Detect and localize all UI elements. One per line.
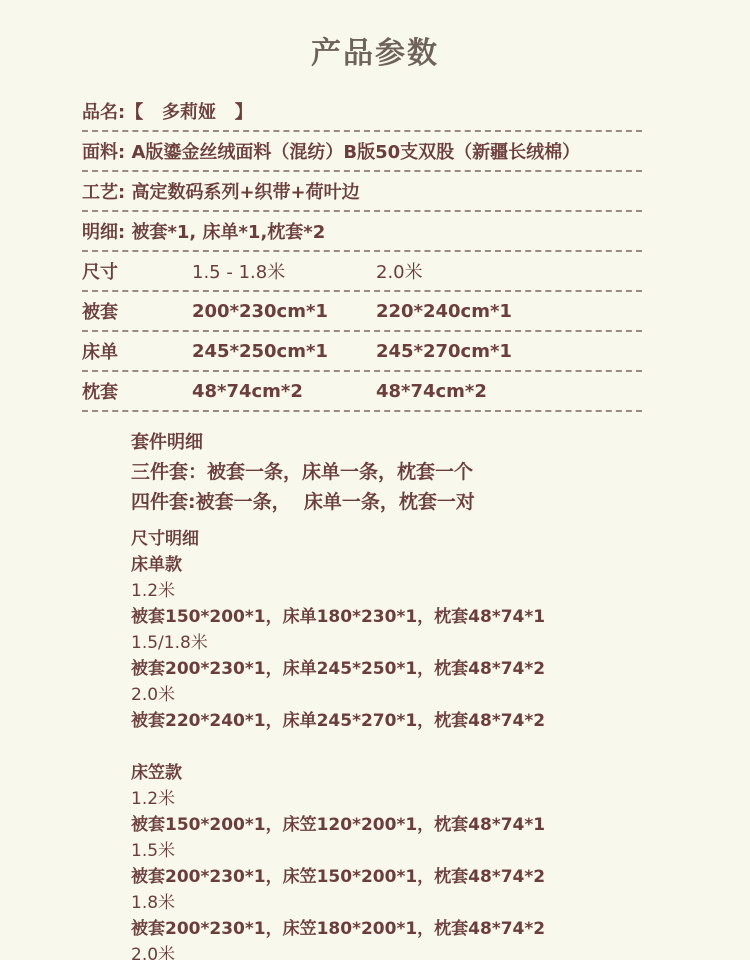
page-title: 产品参数 [0, 28, 750, 72]
size-details: 尺寸明细 床单款 1.2米 被套150*200*1，床单180*230*1，枕套… [131, 526, 545, 960]
size-row-col1: 245*250cm*1 [192, 341, 376, 362]
four-piece-set: 四件套:被套一条， 床单一条，枕套一对 [131, 487, 475, 517]
size-spec: 被套150*200*1，床单180*230*1，枕套48*74*1 [131, 604, 545, 630]
param-label: 工艺: [82, 178, 125, 204]
three-piece-set: 三件套：被套一条，床单一条，枕套一个 [131, 457, 475, 487]
sheet-style-heading: 床单款 [131, 552, 545, 578]
size-spec: 被套200*230*1，床笠150*200*1，枕套48*74*2 [131, 864, 545, 890]
size-row-label: 被套 [82, 298, 192, 324]
size-details-heading: 尺寸明细 [131, 526, 545, 552]
param-value: 被套*1, 床单*1,枕套*2 [125, 218, 325, 244]
spacer [131, 734, 545, 760]
size-row-col1: 200*230cm*1 [192, 301, 376, 322]
size-label: 1.8米 [131, 890, 545, 916]
param-label: 面料: [82, 138, 125, 164]
size-table-row: 被套 200*230cm*1 220*240cm*1 [82, 292, 642, 332]
size-label: 2.0米 [131, 942, 545, 960]
param-label: 品名: [82, 98, 125, 124]
size-row-col2: 48*74cm*2 [376, 381, 576, 402]
param-row-detail: 明细: 被套*1, 床单*1,枕套*2 [82, 212, 642, 252]
size-row-label: 枕套 [82, 378, 192, 404]
param-value: A版鎏金丝绒面料（混纺）B版50支双股（新疆长绒棉） [125, 138, 580, 164]
size-spec: 被套220*240*1，床单245*270*1，枕套48*74*2 [131, 708, 545, 734]
product-params: 品名: 【 多莉娅 】 面料: A版鎏金丝绒面料（混纺）B版50支双股（新疆长绒… [82, 92, 642, 412]
set-details-heading: 套件明细 [131, 428, 475, 457]
param-row-fabric: 面料: A版鎏金丝绒面料（混纺）B版50支双股（新疆长绒棉） [82, 132, 642, 172]
fitted-style-heading: 床笠款 [131, 760, 545, 786]
size-header-label: 尺寸 [82, 258, 192, 284]
param-label: 明细: [82, 218, 125, 244]
param-value: 高定数码系列+织带+荷叶边 [125, 178, 359, 204]
size-row-label: 床单 [82, 338, 192, 364]
size-label: 1.5米 [131, 838, 545, 864]
size-label: 2.0米 [131, 682, 545, 708]
size-label: 1.2米 [131, 786, 545, 812]
size-table-row: 枕套 48*74cm*2 48*74cm*2 [82, 372, 642, 412]
size-row-col2: 220*240cm*1 [376, 301, 576, 322]
size-header-col1: 1.5 - 1.8米 [192, 258, 376, 284]
param-row-craft: 工艺: 高定数码系列+织带+荷叶边 [82, 172, 642, 212]
size-header-col2: 2.0米 [376, 258, 576, 284]
set-details: 套件明细 三件套：被套一条，床单一条，枕套一个 四件套:被套一条， 床单一条，枕… [131, 428, 475, 517]
size-spec: 被套150*200*1，床笠120*200*1，枕套48*74*1 [131, 812, 545, 838]
size-label: 1.2米 [131, 578, 545, 604]
size-label: 1.5/1.8米 [131, 630, 545, 656]
param-value: 【 多莉娅 】 [125, 98, 253, 124]
size-table-row: 床单 245*250cm*1 245*270cm*1 [82, 332, 642, 372]
size-table-header: 尺寸 1.5 - 1.8米 2.0米 [82, 252, 642, 292]
param-row-name: 品名: 【 多莉娅 】 [82, 92, 642, 132]
size-spec: 被套200*230*1，床单245*250*1，枕套48*74*2 [131, 656, 545, 682]
size-spec: 被套200*230*1，床笠180*200*1，枕套48*74*2 [131, 916, 545, 942]
size-row-col1: 48*74cm*2 [192, 381, 376, 402]
size-row-col2: 245*270cm*1 [376, 341, 576, 362]
